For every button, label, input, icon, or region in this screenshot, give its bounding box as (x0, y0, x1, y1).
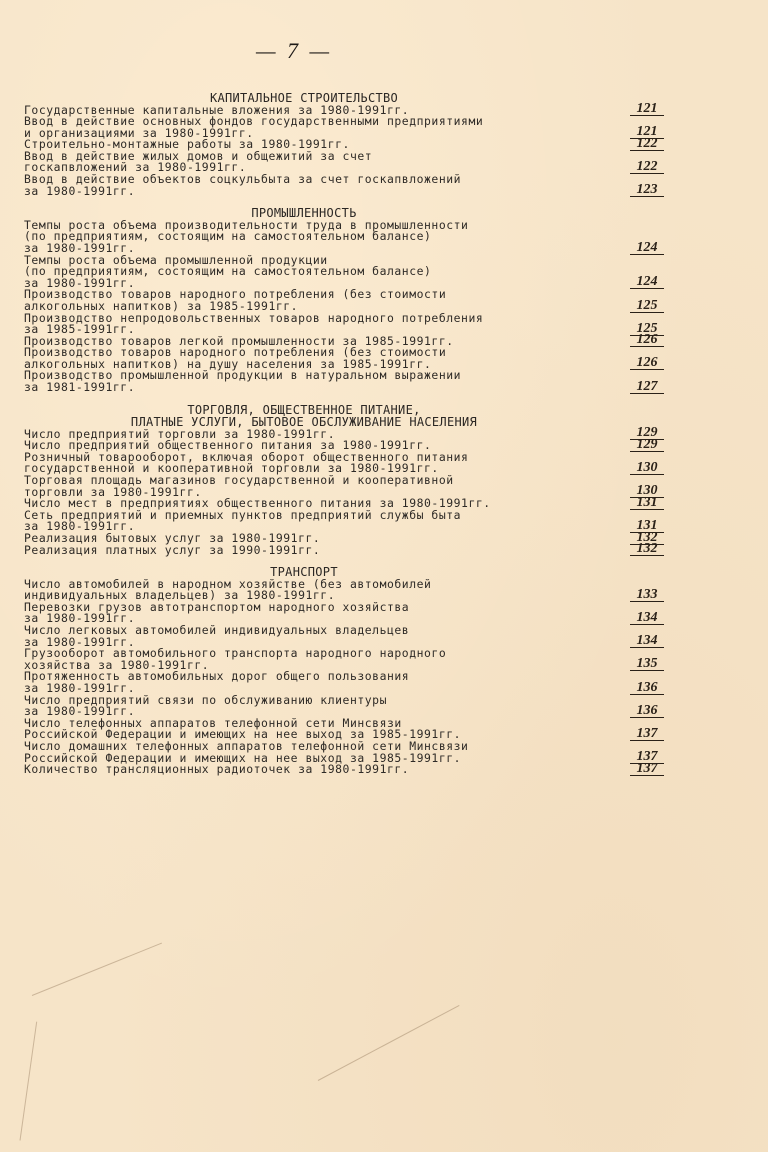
entry-page-number: 126 (630, 356, 664, 370)
entry-page-number: 124 (630, 275, 664, 289)
entry-page-number: 123 (630, 183, 664, 197)
toc-entry: Ввод в действие жилых домов и общежитий … (24, 151, 664, 174)
entry-title: Темпы роста объема промышленной продукци… (24, 255, 614, 290)
section-trade-services: ТОРГОВЛЯ, ОБЩЕСТВЕННОЕ ПИТАНИЕ, ПЛАТНЫЕ … (24, 404, 664, 557)
entry-title: Число автомобилей в народном хозяйстве (… (24, 579, 614, 602)
entry-page-number: 127 (630, 380, 664, 394)
entry-page-number: 136 (630, 681, 664, 695)
entry-title: Розничный товарооборот, включая оборот о… (24, 452, 614, 475)
entry-page-number: 135 (630, 657, 664, 671)
entry-title: Производство товаров народного потреблен… (24, 289, 614, 312)
toc-entry: Производство товаров народного потреблен… (24, 289, 664, 312)
entry-title: Сеть предприятий и приемных пунктов пред… (24, 510, 614, 533)
section-industry: ПРОМЫШЛЕННОСТЬ Темпы роста объема произв… (24, 207, 664, 393)
toc-entry: Темпы роста объема промышленной продукци… (24, 255, 664, 290)
entry-title: Производство промышленной продукции в на… (24, 370, 614, 393)
entry-page-number: 132 (630, 542, 664, 556)
toc-entry: Сеть предприятий и приемных пунктов пред… (24, 510, 664, 533)
entry-title: Торговая площадь магазинов государственн… (24, 475, 614, 498)
entry-page-number: 122 (630, 137, 664, 151)
entry-title: Количество трансляционных радиоточек за … (24, 764, 614, 776)
toc-entry: Производство товаров народного потреблен… (24, 347, 664, 370)
entry-page-number: 137 (630, 762, 664, 776)
entry-title: Число предприятий связи по обслуживанию … (24, 695, 614, 718)
entry-page-number: 134 (630, 611, 664, 625)
toc-entry: Производство непродовольственных товаров… (24, 313, 664, 336)
paper-scratch (318, 1005, 460, 1081)
toc-entry: Реализация платных услуг за 1990-1991гг.… (24, 545, 664, 557)
entry-title: Темпы роста объема производительности тр… (24, 220, 614, 255)
toc-entry: Число телефонных аппаратов телефонной се… (24, 718, 664, 741)
section-transport: ТРАНСПОРТ Число автомобилей в народном х… (24, 566, 664, 776)
toc-entry: Число автомобилей в народном хозяйстве (… (24, 579, 664, 602)
entry-page-number: 134 (630, 634, 664, 648)
entry-page-number: 126 (630, 333, 664, 347)
entry-page-number: 130 (630, 461, 664, 475)
toc-entry: Торговая площадь магазинов государственн… (24, 475, 664, 498)
entry-title: Число телефонных аппаратов телефонной се… (24, 718, 614, 741)
toc-entry: Перевозки грузов автотранспортом народно… (24, 602, 664, 625)
toc-entry: Число легковых автомобилей индивидуальны… (24, 625, 664, 648)
entry-page-number: 136 (630, 704, 664, 718)
paper-scratch (32, 943, 162, 996)
entry-page-number: 137 (630, 727, 664, 741)
entry-page-number: 129 (630, 438, 664, 452)
toc-entry: Розничный товарооборот, включая оборот о… (24, 452, 664, 475)
paper-scratch (20, 1022, 38, 1141)
entry-title: Производство непродовольственных товаров… (24, 313, 614, 336)
table-of-contents: КАПИТАЛЬНОЕ СТРОИТЕЛЬСТВО Государственны… (24, 92, 664, 786)
entry-page-number: 133 (630, 588, 664, 602)
entry-title: Число домашних телефонных аппаратов теле… (24, 741, 614, 764)
entry-page-number: 131 (630, 496, 664, 510)
toc-entry: Ввод в действие объектов соцкульбыта за … (24, 174, 664, 197)
toc-entry: Грузооборот автомобильного транспорта на… (24, 648, 664, 671)
entry-title: Ввод в действие объектов соцкульбыта за … (24, 174, 614, 197)
page-number: — 7 — (256, 38, 332, 64)
entry-page-number: 124 (630, 241, 664, 255)
entry-page-number: 121 (630, 102, 664, 116)
entry-title: Грузооборот автомобильного транспорта на… (24, 648, 614, 671)
section-capital-construction: КАПИТАЛЬНОЕ СТРОИТЕЛЬСТВО Государственны… (24, 92, 664, 197)
entry-page-number: 122 (630, 160, 664, 174)
toc-entry: Число домашних телефонных аппаратов теле… (24, 741, 664, 764)
entry-title: Производство товаров народного потреблен… (24, 347, 614, 370)
toc-entry: Протяженность автомобильных дорог общего… (24, 671, 664, 694)
toc-entry: Количество трансляционных радиоточек за … (24, 764, 664, 776)
entry-title: Протяженность автомобильных дорог общего… (24, 671, 614, 694)
entry-title: Число легковых автомобилей индивидуальны… (24, 625, 614, 648)
entry-title: Реализация платных услуг за 1990-1991гг. (24, 545, 614, 557)
toc-entry: Производство промышленной продукции в на… (24, 370, 664, 393)
entry-title: Перевозки грузов автотранспортом народно… (24, 602, 614, 625)
entry-title: Ввод в действие основных фондов государс… (24, 116, 614, 139)
entry-title: Ввод в действие жилых домов и общежитий … (24, 151, 614, 174)
toc-entry: Число предприятий связи по обслуживанию … (24, 695, 664, 718)
section-title: ТОРГОВЛЯ, ОБЩЕСТВЕННОЕ ПИТАНИЕ, ПЛАТНЫЕ … (24, 404, 584, 429)
toc-entry: Ввод в действие основных фондов государс… (24, 116, 664, 139)
entry-page-number: 125 (630, 299, 664, 313)
toc-entry: Темпы роста объема производительности тр… (24, 220, 664, 255)
